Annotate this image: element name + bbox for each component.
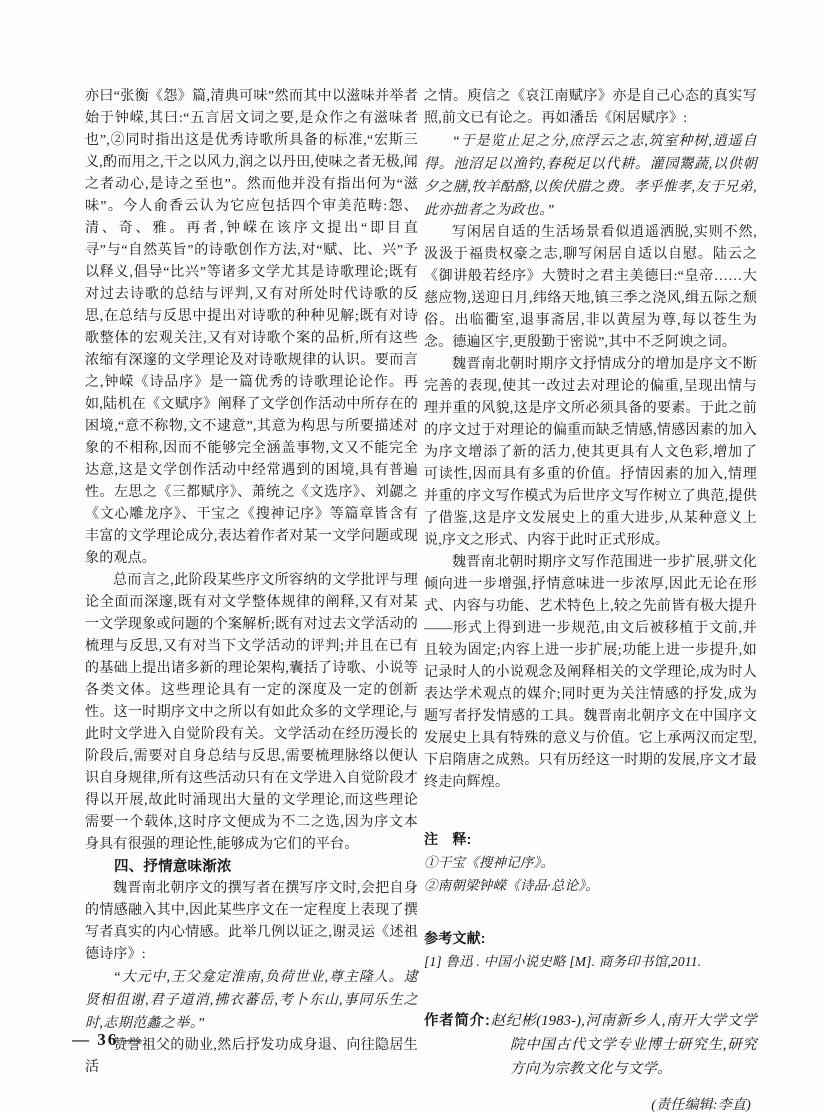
right-paragraph-conclusion: 魏晋南北朝时期序文写作范围进一步扩展,骈文化倾向进一步增强,抒情意味进一步浓厚,…	[424, 552, 757, 794]
references-title: 参考文献:	[424, 927, 757, 950]
note-item-2: ②南朝梁钟嵘《诗品·总论》。	[424, 874, 757, 897]
left-paragraph-continuation: 亦曰“张衡《怨》篇,清典可味”然而其中以滋味并举者始于钟嵘,其曰:“五言居文词之…	[85, 86, 418, 570]
section-heading: 四、抒情意味渐浓	[85, 856, 418, 878]
reference-item-1: [1] 鲁迅 . 中国小说史略 [M]. 商务印书馆,2011.	[424, 950, 757, 973]
editor-note: (责任编辑:李直)	[424, 1095, 757, 1114]
right-paragraph-continuation: 之情。庾信之《哀江南赋序》亦是自己心态的真实写照,前文已有论之。再如潘岳《闲居赋…	[424, 86, 757, 130]
references-section: 参考文献: [1] 鲁迅 . 中国小说史略 [M]. 商务印书馆,2011.	[424, 927, 757, 973]
right-paragraph-xianju-analysis: 写闲居自适的生活场景看似逍遥洒脱,实则不然,汲汲于福贵权豪之志,聊写闲居自适以自…	[424, 222, 757, 354]
notes-title: 注 释:	[424, 828, 757, 851]
notes-section: 注 释: ①干宝《搜神记序》。 ②南朝梁钟嵘《诗品·总论》。	[424, 828, 757, 897]
left-column: 亦曰“张衡《怨》篇,清典可味”然而其中以滋味并举者始于钟嵘,其曰:“五言居文词之…	[85, 86, 418, 1079]
left-quote-shuzude-shixu: “大元中,王父龛定淮南,负荷世业,尊主隆人。逮贤相徂谢,君子道消,拂衣蕃岳,考卜…	[85, 966, 418, 1035]
page-number: — 36 —	[72, 1030, 144, 1050]
author-bio-label: 作者简介:	[424, 1013, 490, 1029]
right-paragraph-lyric-value: 魏晋南北朝时期序文抒情成分的增加是序文不断完善的表现,使其一改过去对理论的偏重,…	[424, 354, 757, 552]
left-paragraph-summary: 总而言之,此阶段某些序文所容纳的文学批评与理论全面而深邃,既有对文学整体规律的阐…	[85, 570, 418, 856]
note-item-1: ①干宝《搜神记序》。	[424, 851, 757, 874]
left-paragraph-lyric-intro: 魏晋南北朝序文的撰写者在撰写序文时,会把自身的情感融入其中,因此某些序文在一定程…	[85, 878, 418, 966]
right-quote-xianju-fuxu: “于是览止足之分,庶浮云之志,筑室种树,逍遥自得。池沼足以渔钓,春税足以代耕。灌…	[424, 130, 757, 222]
author-bio: 作者简介:赵纪彬(1983-),河南新乡人,南开大学文学院中国古代文学专业博士研…	[424, 1009, 757, 1081]
right-column: 之情。庾信之《哀江南赋序》亦是自己心态的真实写照,前文已有论之。再如潘岳《闲居赋…	[424, 86, 757, 1114]
author-bio-text: 赵纪彬(1983-),河南新乡人,南开大学文学院中国古代文学专业博士研究生,研究…	[490, 1013, 757, 1077]
paper-page: 亦曰“张衡《怨》篇,清典可味”然而其中以滋味并举者始于钟嵘,其曰:“五言居文词之…	[0, 0, 827, 1114]
